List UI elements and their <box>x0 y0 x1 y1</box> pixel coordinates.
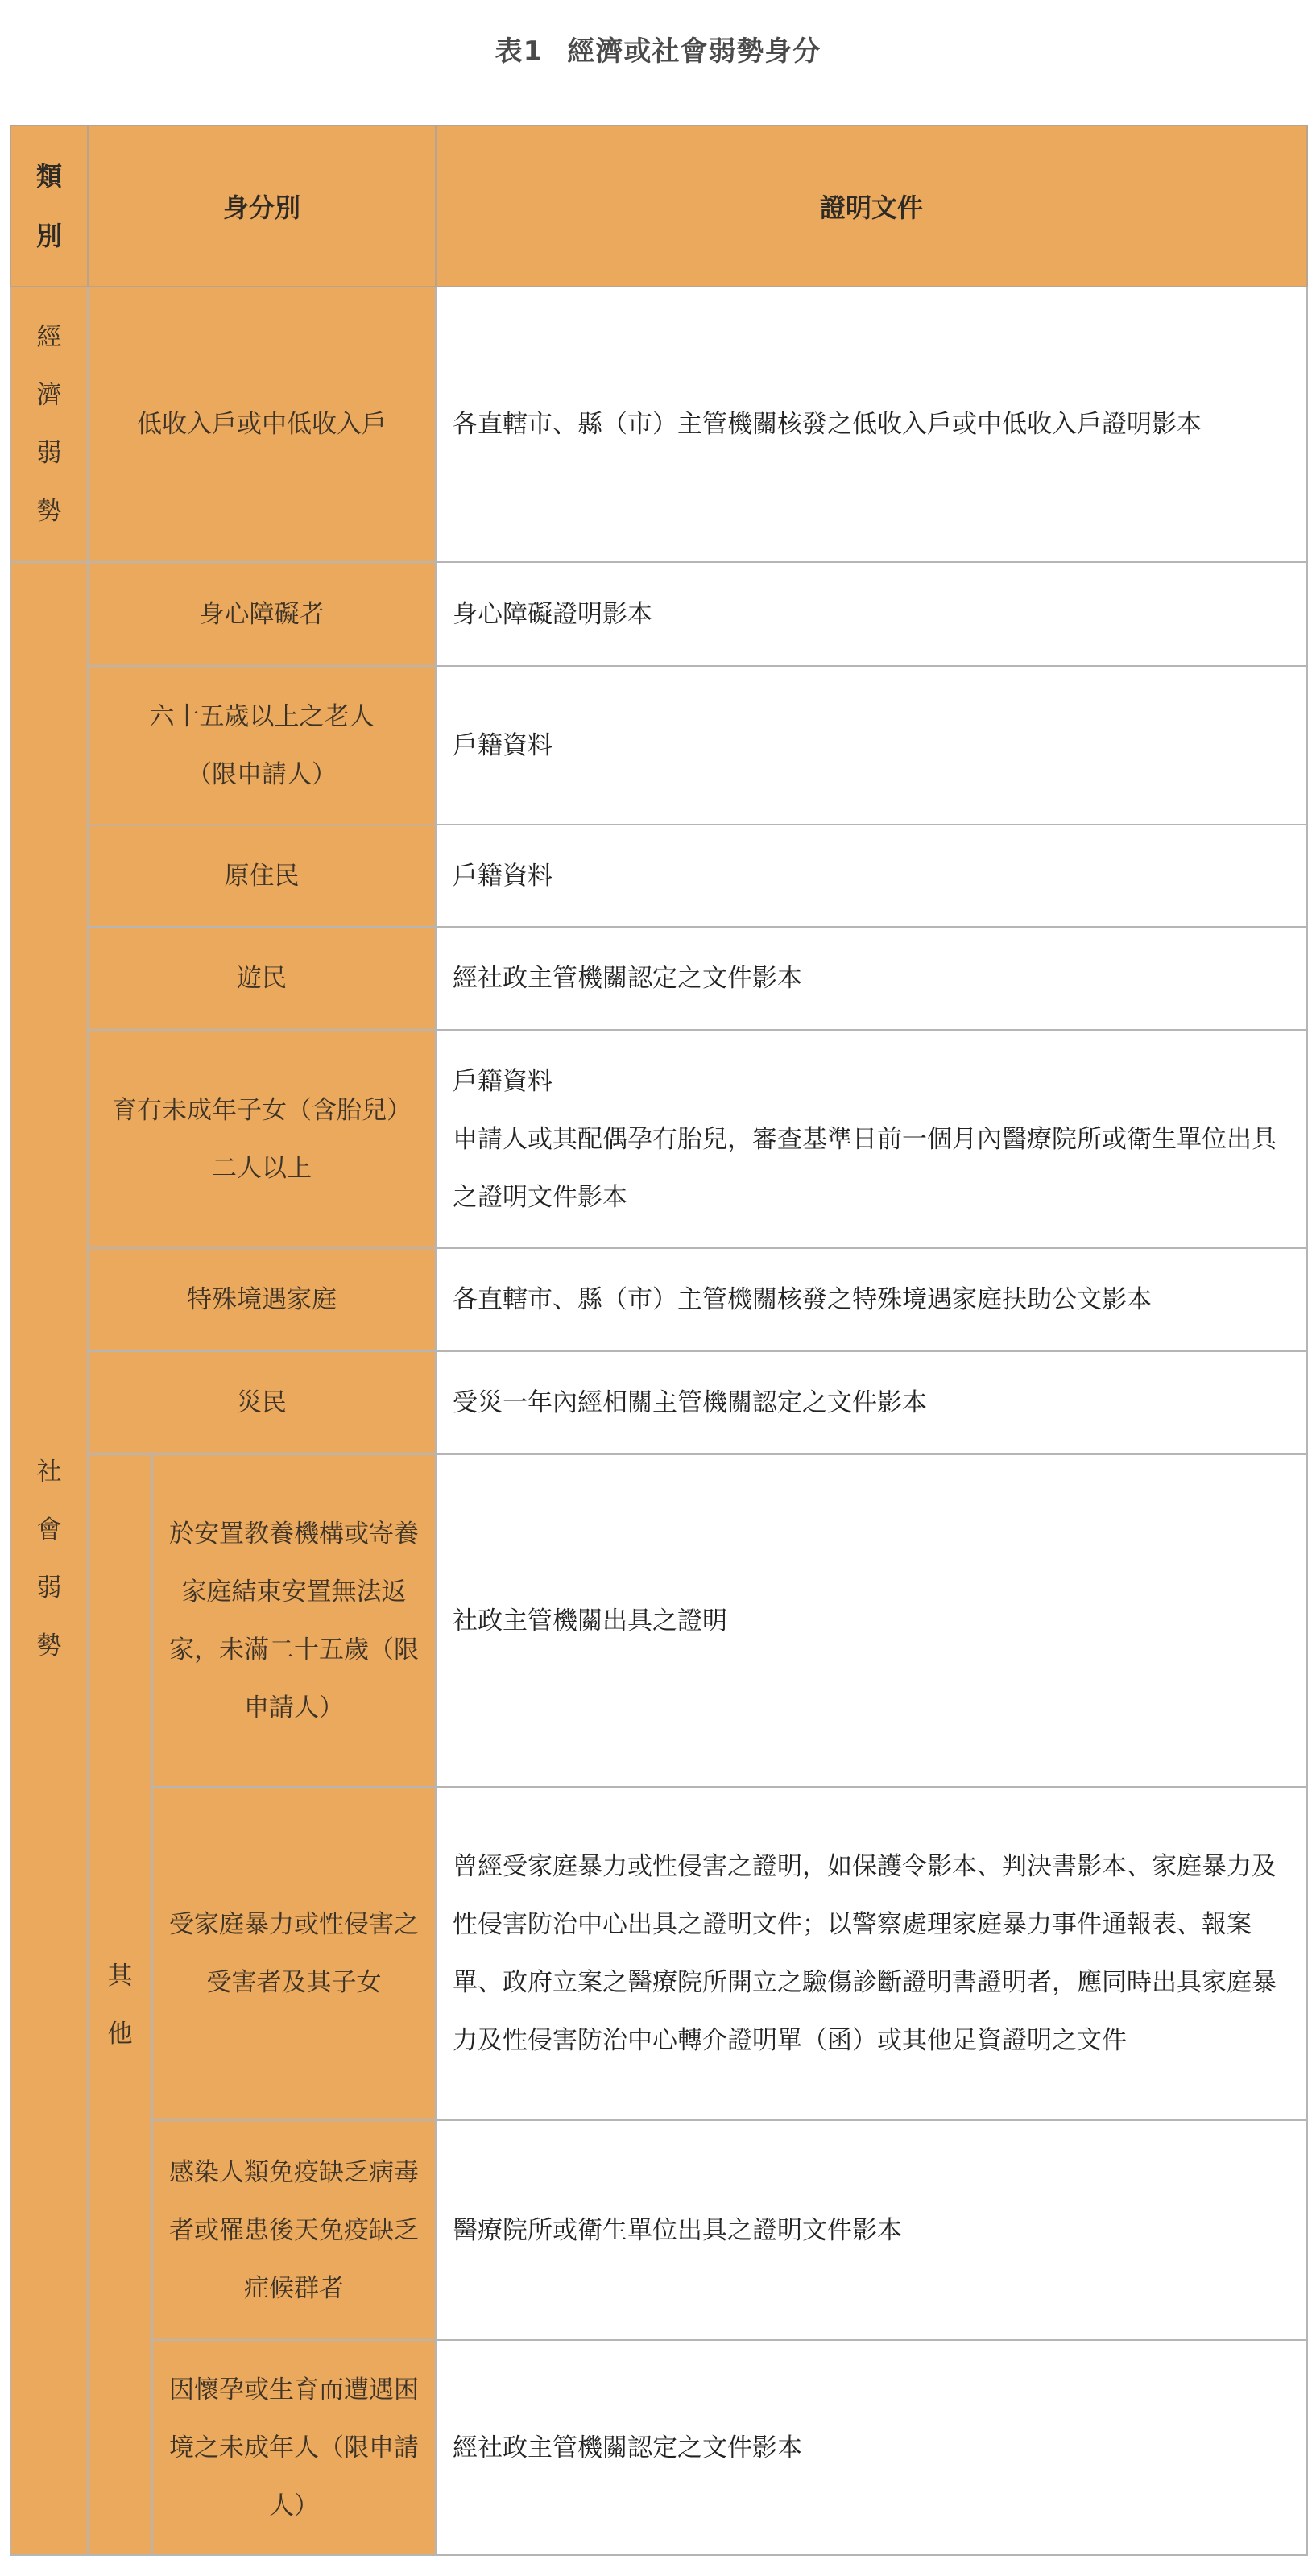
identity-cell: 低收入戶或中低收入戶 <box>88 287 436 562</box>
document-cell: 各直轄市、縣（市）主管機關核發之低收入戶或中低收入戶證明影本 <box>436 287 1307 562</box>
vertical-char: 勢 <box>11 482 87 540</box>
document-cell: 戶籍資料 <box>436 825 1307 927</box>
document-cell: 身心障礙證明影本 <box>436 562 1307 666</box>
identity-cell: 身心障礙者 <box>88 562 436 666</box>
table-row: 育有未成年子女（含胎兒）二人以上 戶籍資料 申請人或其配偶孕有胎兒，審查基準日前… <box>10 1030 1307 1248</box>
table-row: 經濟弱勢 低收入戶或中低收入戶 各直轄市、縣（市）主管機關核發之低收入戶或中低收… <box>10 287 1307 562</box>
document-line: 戶籍資料 <box>453 1052 1292 1110</box>
vertical-char: 弱 <box>11 424 87 482</box>
table-row: 遊民 經社政主管機關認定之文件影本 <box>10 927 1307 1030</box>
document-cell: 各直轄市、縣（市）主管機關核發之特殊境遇家庭扶助公文影本 <box>436 1248 1307 1351</box>
identity-cell: 受家庭暴力或性侵害之受害者及其子女 <box>152 1787 436 2120</box>
table-title: 經濟或社會弱勢身分 <box>567 35 821 68</box>
table-number: 表1 <box>495 35 544 68</box>
document-cell: 經社政主管機關認定之文件影本 <box>436 927 1307 1030</box>
table-row: 社會弱勢 身心障礙者 身心障礙證明影本 <box>10 562 1307 666</box>
header-documents: 證明文件 <box>436 126 1307 287</box>
document-cell: 受災一年內經相關主管機關認定之文件影本 <box>436 1351 1307 1454</box>
table-row: 災民 受災一年內經相關主管機關認定之文件影本 <box>10 1351 1307 1454</box>
identity-cell: 六十五歲以上之老人（限申請人） <box>88 666 436 825</box>
vertical-char: 類 <box>11 147 87 206</box>
document-cell: 社政主管機關出具之證明 <box>436 1454 1307 1787</box>
document-cell: 戶籍資料 申請人或其配偶孕有胎兒，審查基準日前一個月內醫療院所或衛生單位出具之證… <box>436 1030 1307 1248</box>
vertical-char: 他 <box>89 2005 151 2063</box>
vertical-char: 社 <box>11 1443 87 1501</box>
vertical-char: 勢 <box>11 1617 87 1675</box>
vertical-char: 會 <box>11 1501 87 1559</box>
table-row: 特殊境遇家庭 各直轄市、縣（市）主管機關核發之特殊境遇家庭扶助公文影本 <box>10 1248 1307 1351</box>
identity-cell: 感染人類免疫缺乏病毒者或罹患後天免疫缺乏症候群者 <box>152 2120 436 2340</box>
table-row: 六十五歲以上之老人（限申請人） 戶籍資料 <box>10 666 1307 825</box>
identity-cell: 災民 <box>88 1351 436 1454</box>
identity-cell: 育有未成年子女（含胎兒）二人以上 <box>88 1030 436 1248</box>
disadvantaged-status-table: 類別 身分別 證明文件 經濟弱勢 低收入戶或中低收入戶 各直轄市、縣（市）主管機… <box>10 125 1308 2556</box>
document-cell: 曾經受家庭暴力或性侵害之證明，如保護令影本、判決書影本、家庭暴力及性侵害防治中心… <box>436 1787 1307 2120</box>
table-row: 因懷孕或生育而遭遇困境之未成年人（限申請人） 經社政主管機關認定之文件影本 <box>10 2340 1307 2555</box>
vertical-char: 其 <box>89 1947 151 2005</box>
document-cell: 醫療院所或衛生單位出具之證明文件影本 <box>436 2120 1307 2340</box>
vertical-char: 弱 <box>11 1559 87 1617</box>
table-caption: 表1經濟或社會弱勢身分 <box>0 29 1316 68</box>
document-cell: 戶籍資料 <box>436 666 1307 825</box>
identity-cell: 原住民 <box>88 825 436 927</box>
category-economic: 經濟弱勢 <box>10 287 88 562</box>
header-category: 類別 <box>10 126 88 287</box>
identity-cell: 遊民 <box>88 927 436 1030</box>
table-row: 原住民 戶籍資料 <box>10 825 1307 927</box>
vertical-char: 經 <box>11 308 87 366</box>
header-row: 類別 身分別 證明文件 <box>10 126 1307 287</box>
document-line: 申請人或其配偶孕有胎兒，審查基準日前一個月內醫療院所或衛生單位出具之證明文件影本 <box>453 1110 1292 1226</box>
header-identity: 身分別 <box>88 126 436 287</box>
identity-cell: 因懷孕或生育而遭遇困境之未成年人（限申請人） <box>152 2340 436 2555</box>
subcategory-other: 其他 <box>88 1454 152 2555</box>
vertical-char: 濟 <box>11 366 87 424</box>
category-social: 社會弱勢 <box>10 562 88 2555</box>
identity-cell: 特殊境遇家庭 <box>88 1248 436 1351</box>
table-row: 感染人類免疫缺乏病毒者或罹患後天免疫缺乏症候群者 醫療院所或衛生單位出具之證明文… <box>10 2120 1307 2340</box>
identity-cell: 於安置教養機構或寄養家庭結束安置無法返家，未滿二十五歲（限申請人） <box>152 1454 436 1787</box>
table-row: 其他 於安置教養機構或寄養家庭結束安置無法返家，未滿二十五歲（限申請人） 社政主… <box>10 1454 1307 1787</box>
document-cell: 經社政主管機關認定之文件影本 <box>436 2340 1307 2555</box>
vertical-char: 別 <box>11 206 87 266</box>
table-row: 受家庭暴力或性侵害之受害者及其子女 曾經受家庭暴力或性侵害之證明，如保護令影本、… <box>10 1787 1307 2120</box>
